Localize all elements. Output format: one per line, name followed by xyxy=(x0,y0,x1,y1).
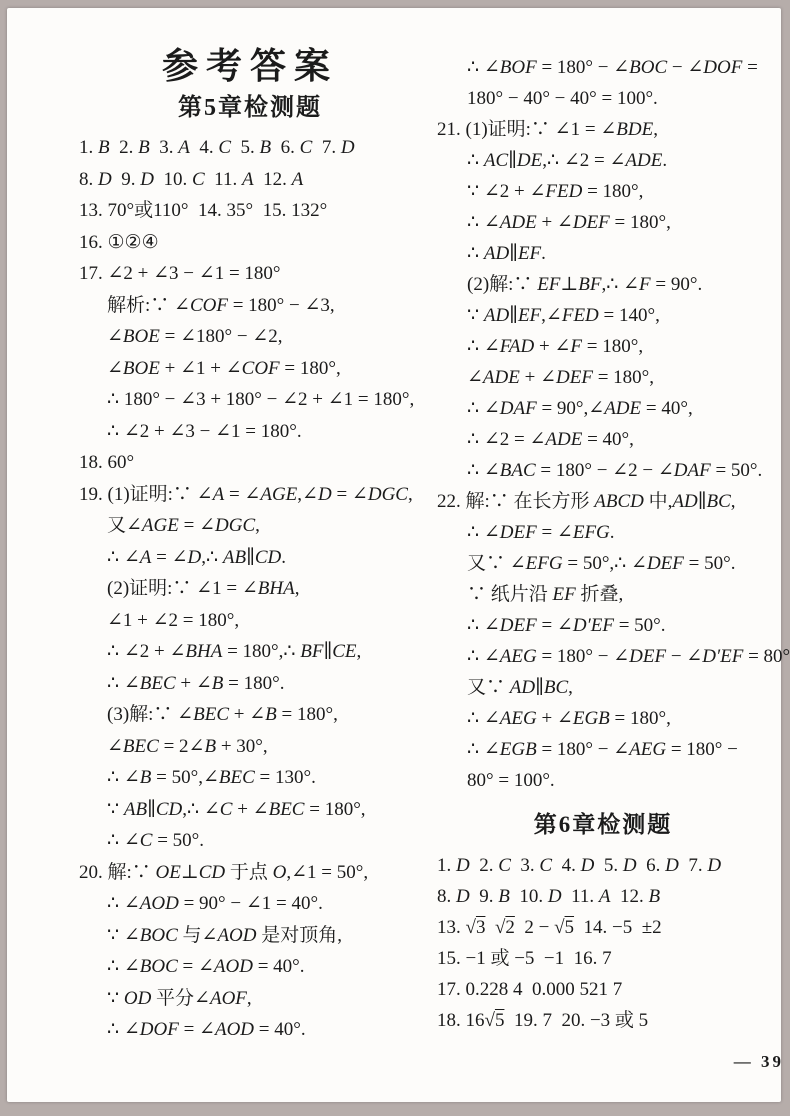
answer-line: ∵ OD 平分∠AOF, xyxy=(79,983,421,1015)
answer-line: ∵ ∠BOC 与∠AOD 是对顶角, xyxy=(79,920,421,952)
answer-line: 19. (1)证明:∵ ∠A = ∠AGE,∠D = ∠DGC, xyxy=(79,479,421,511)
page-number: — 39 xyxy=(734,1052,784,1072)
answer-line: 解析:∵ ∠COF = 180° − ∠3, xyxy=(79,290,421,322)
answer-line: ∴ ∠DEF = ∠D′EF = 50°. xyxy=(437,610,769,641)
answer-line: 17. ∠2 + ∠3 − ∠1 = 180° xyxy=(79,258,421,290)
answer-line: ∵ ∠2 + ∠FED = 180°, xyxy=(437,176,769,207)
answer-line: 17. 0.228 4 0.000 521 7 xyxy=(437,974,769,1005)
answer-line: 180° − 40° − 40° = 100°. xyxy=(437,83,769,114)
answer-line: ∴ ∠DEF = ∠EFG. xyxy=(437,517,769,548)
answer-line: ∵ AB∥CD,∴ ∠C + ∠BEC = 180°, xyxy=(79,794,421,826)
answer-line: 15. −1 或 −5 −1 16. 7 xyxy=(437,943,769,974)
answer-line: 1. D 2. C 3. C 4. D 5. D 6. D 7. D xyxy=(437,850,769,881)
book-page: 参考答案 第5章检测题 1. B 2. B 3. A 4. C 5. B 6. … xyxy=(7,8,781,1102)
answer-line: ∴ ∠AOD = 90° − ∠1 = 40°. xyxy=(79,888,421,920)
answer-line: ∴ ∠B = 50°,∠BEC = 130°. xyxy=(79,762,421,794)
answer-line: 又∵ AD∥BC, xyxy=(437,672,769,703)
answer-line: ∴ ∠2 = ∠ADE = 40°, xyxy=(437,424,769,455)
right-column: ∴ ∠BOF = 180° − ∠BOC − ∠DOF =180° − 40° … xyxy=(437,52,769,1036)
page-title: 参考答案 xyxy=(79,42,421,90)
answer-line: ∠ADE + ∠DEF = 180°, xyxy=(437,362,769,393)
answer-line: 21. (1)证明:∵ ∠1 = ∠BDE, xyxy=(437,114,769,145)
answer-line: ∴ ∠BEC + ∠B = 180°. xyxy=(79,668,421,700)
answer-line: 18. 16√5 19. 7 20. −3 或 5 xyxy=(437,1005,769,1036)
left-column: 参考答案 第5章检测题 1. B 2. B 3. A 4. C 5. B 6. … xyxy=(79,42,421,1046)
answer-line: ∵ 纸片沿 EF 折叠, xyxy=(437,579,769,610)
answer-line: (3)解:∵ ∠BEC + ∠B = 180°, xyxy=(79,699,421,731)
left-answer-lines: 1. B 2. B 3. A 4. C 5. B 6. C 7. D8. D 9… xyxy=(79,132,421,1046)
answer-line: ∴ ∠2 + ∠BHA = 180°,∴ BF∥CE, xyxy=(79,636,421,668)
answer-line: ∴ ∠BOC = ∠AOD = 40°. xyxy=(79,951,421,983)
answer-line: ∴ ∠DAF = 90°,∠ADE = 40°, xyxy=(437,393,769,424)
answer-line: ∴ ∠BAC = 180° − ∠2 − ∠DAF = 50°. xyxy=(437,455,769,486)
answer-line: 80° = 100°. xyxy=(437,765,769,796)
answer-line: 18. 60° xyxy=(79,447,421,479)
answer-line: 22. 解:∵ 在长方形 ABCD 中,AD∥BC, xyxy=(437,486,769,517)
answer-line: ∴ ∠A = ∠D,∴ AB∥CD. xyxy=(79,542,421,574)
answer-line: ∴ ∠EGB = 180° − ∠AEG = 180° − xyxy=(437,734,769,765)
answer-line: ∠BOE + ∠1 + ∠COF = 180°, xyxy=(79,353,421,385)
answer-line: ∴ 180° − ∠3 + 180° − ∠2 + ∠1 = 180°, xyxy=(79,384,421,416)
answer-line: ∴ ∠AEG + ∠EGB = 180°, xyxy=(437,703,769,734)
section-heading-chapter-6: 第6章检测题 xyxy=(437,802,769,848)
answer-line: 8. D 9. D 10. C 11. A 12. A xyxy=(79,164,421,196)
answer-line: ∵ AD∥EF,∠FED = 140°, xyxy=(437,300,769,331)
answer-line: 20. 解:∵ OE⊥CD 于点 O,∠1 = 50°, xyxy=(79,857,421,889)
answer-line: (2)解:∵ EF⊥BF,∴ ∠F = 90°. xyxy=(437,269,769,300)
answer-line: ∴ ∠BOF = 180° − ∠BOC − ∠DOF = xyxy=(437,52,769,83)
answer-line: 16. ①②④ xyxy=(79,227,421,259)
answer-line: ∴ ∠AEG = 180° − ∠DEF − ∠D′EF = 80°. xyxy=(437,641,769,672)
answer-line: ∴ ∠FAD + ∠F = 180°, xyxy=(437,331,769,362)
answer-line: ∴ ∠ADE + ∠DEF = 180°, xyxy=(437,207,769,238)
section-heading-chapter-5: 第5章检测题 xyxy=(79,90,421,126)
answer-line: ∠BEC = 2∠B + 30°, xyxy=(79,731,421,763)
answer-line: ∴ ∠DOF = ∠AOD = 40°. xyxy=(79,1014,421,1046)
answer-line: ∠1 + ∠2 = 180°, xyxy=(79,605,421,637)
answer-line: ∴ AD∥EF. xyxy=(437,238,769,269)
answer-line: 13. 70°或110° 14. 35° 15. 132° xyxy=(79,195,421,227)
answer-line: ∠BOE = ∠180° − ∠2, xyxy=(79,321,421,353)
answer-line: (2)证明:∵ ∠1 = ∠BHA, xyxy=(79,573,421,605)
answer-line: 8. D 9. B 10. D 11. A 12. B xyxy=(437,881,769,912)
answer-line: 13. √3 √2 2 − √5 14. −5 ±2 xyxy=(437,912,769,943)
answer-line: ∴ ∠2 + ∠3 − ∠1 = 180°. xyxy=(79,416,421,448)
answer-line: 又∠AGE = ∠DGC, xyxy=(79,510,421,542)
answer-line: ∴ AC∥DE,∴ ∠2 = ∠ADE. xyxy=(437,145,769,176)
answer-line: 又∵ ∠EFG = 50°,∴ ∠DEF = 50°. xyxy=(437,548,769,579)
answer-line: 1. B 2. B 3. A 4. C 5. B 6. C 7. D xyxy=(79,132,421,164)
answer-line: ∴ ∠C = 50°. xyxy=(79,825,421,857)
